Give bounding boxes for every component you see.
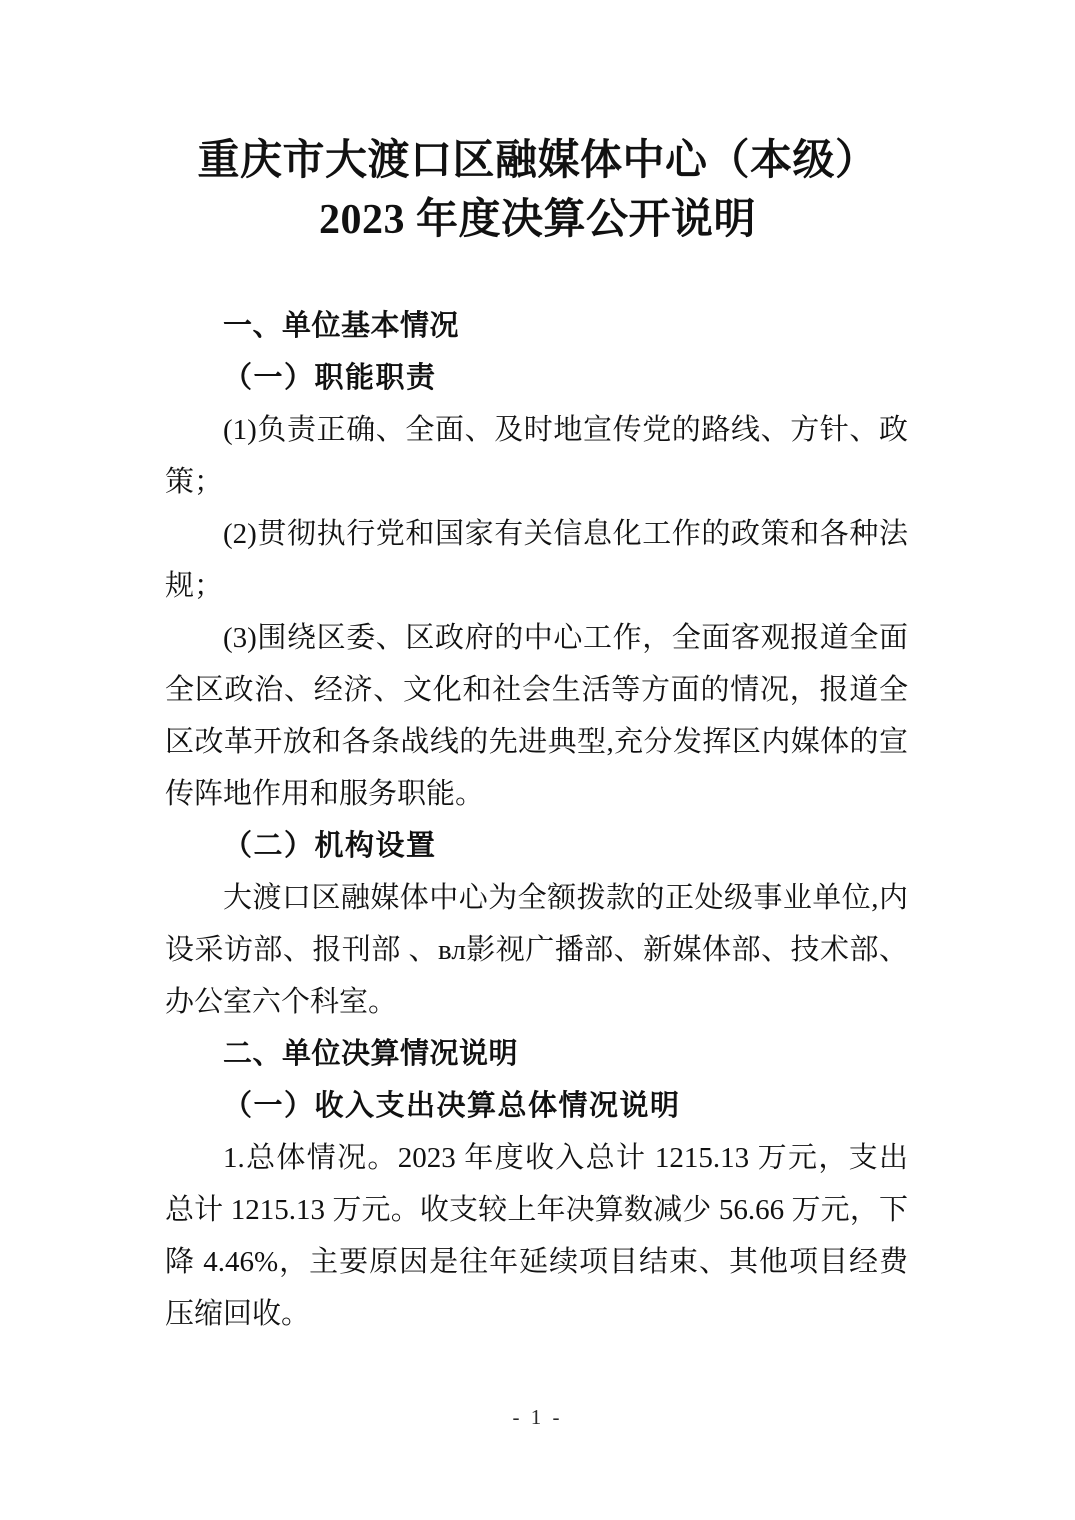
document-title-line-1: 重庆市大渡口区融媒体中心（本级） (0, 132, 1075, 191)
section-2-heading: 二、单位决算情况说明 (165, 1028, 908, 1080)
duty-paragraph-3: (3)围绕区委、区政府的中心工作，全面客观报道全面全区政治、经济、文化和社会生活… (165, 612, 908, 820)
overall-situation-paragraph: 1.总体情况。2023 年度收入总计 1215.13 万元，支出总计 1215.… (165, 1132, 908, 1340)
duty-paragraph-1: (1)负责正确、全面、及时地宣传党的路线、方针、政策； (165, 404, 908, 508)
document-title-line-2: 2023 年度决算公开说明 (0, 191, 1075, 250)
document-title: 重庆市大渡口区融媒体中心（本级） 2023 年度决算公开说明 (0, 0, 1075, 250)
section-1-1-heading: （一）职能职责 (165, 352, 908, 404)
duty-paragraph-2: (2)贯彻执行党和国家有关信息化工作的政策和各种法规； (165, 508, 908, 612)
page-number: - 1 - (0, 1402, 1075, 1432)
org-structure-paragraph: 大渡口区融媒体中心为全额拨款的正处级事业单位,内设采访部、报刊部 、вл影视广播… (165, 872, 908, 1028)
section-1-heading: 一、单位基本情况 (165, 300, 908, 352)
section-1-2-heading: （二）机构设置 (165, 820, 908, 872)
section-2-1-heading: （一）收入支出决算总体情况说明 (165, 1080, 908, 1132)
document-body: 一、单位基本情况 （一）职能职责 (1)负责正确、全面、及时地宣传党的路线、方针… (165, 300, 908, 1340)
document-page: 重庆市大渡口区融媒体中心（本级） 2023 年度决算公开说明 一、单位基本情况 … (0, 0, 1075, 1520)
